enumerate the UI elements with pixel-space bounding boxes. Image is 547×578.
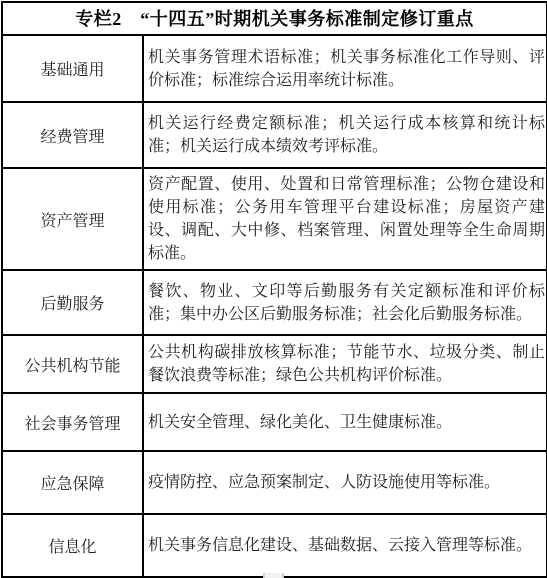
table-row: 信息化 机关事务信息化建设、基础数据、云接入管理等标准。 (2, 514, 547, 577)
content-cell: 机关运行经费定额标准；机关运行成本核算和统计标准；机关运行成本绩效考评标准。 (143, 102, 547, 168)
content-cell: 疫情防控、应急预案制定、人防设施使用等标准。 (143, 451, 547, 514)
table-title: 专栏2 “十四五”时期机关事务标准制定修订重点 (2, 2, 547, 35)
standards-table: 专栏2 “十四五”时期机关事务标准制定修订重点 基础通用 机关事务管理术语标准；… (1, 1, 547, 578)
table-row: 社会事务管理 机关安全管理、绿化美化、卫生健康标准。 (2, 393, 547, 451)
category-cell: 基础通用 (2, 35, 143, 102)
category-cell: 公共机构节能 (2, 335, 143, 393)
category-cell: 信息化 (2, 514, 143, 577)
content-cell: 资产配置、使用、处置和日常管理标准；公物仓建设和使用标准；公务用车管理平台建设标… (143, 168, 547, 270)
table-row: 经费管理 机关运行经费定额标准；机关运行成本核算和统计标准；机关运行成本绩效考评… (2, 102, 547, 168)
category-cell: 后勤服务 (2, 270, 143, 335)
table-row: 后勤服务 餐饮、物业、文印等后勤服务有关定额标准和评价标准；集中办公区后勤服务标… (2, 270, 547, 335)
content-cell: 机关安全管理、绿化美化、卫生健康标准。 (143, 393, 547, 451)
horizontal-scrollbar-thumb[interactable] (263, 573, 284, 578)
table-row: 应急保障 疫情防控、应急预案制定、人防设施使用等标准。 (2, 451, 547, 514)
content-cell: 机关事务信息化建设、基础数据、云接入管理等标准。 (143, 514, 547, 577)
content-cell: 餐饮、物业、文印等后勤服务有关定额标准和评价标准；集中办公区后勤服务标准；社会化… (143, 270, 547, 335)
category-cell: 资产管理 (2, 168, 143, 270)
content-cell: 机关事务管理术语标准；机关事务标准化工作导则、评价标准；标准综合运用率统计标准。 (143, 35, 547, 102)
category-cell: 经费管理 (2, 102, 143, 168)
table-row: 公共机构节能 公共机构碳排放核算标准；节能节水、垃圾分类、制止餐饮浪费等标准；绿… (2, 335, 547, 393)
table-row: 基础通用 机关事务管理术语标准；机关事务标准化工作导则、评价标准；标准综合运用率… (2, 35, 547, 102)
table-row: 资产管理 资产配置、使用、处置和日常管理标准；公物仓建设和使用标准；公务用车管理… (2, 168, 547, 270)
table-title-row: 专栏2 “十四五”时期机关事务标准制定修订重点 (2, 2, 547, 35)
category-cell: 社会事务管理 (2, 393, 143, 451)
category-cell: 应急保障 (2, 451, 143, 514)
content-cell: 公共机构碳排放核算标准；节能节水、垃圾分类、制止餐饮浪费等标准；绿色公共机构评价… (143, 335, 547, 393)
